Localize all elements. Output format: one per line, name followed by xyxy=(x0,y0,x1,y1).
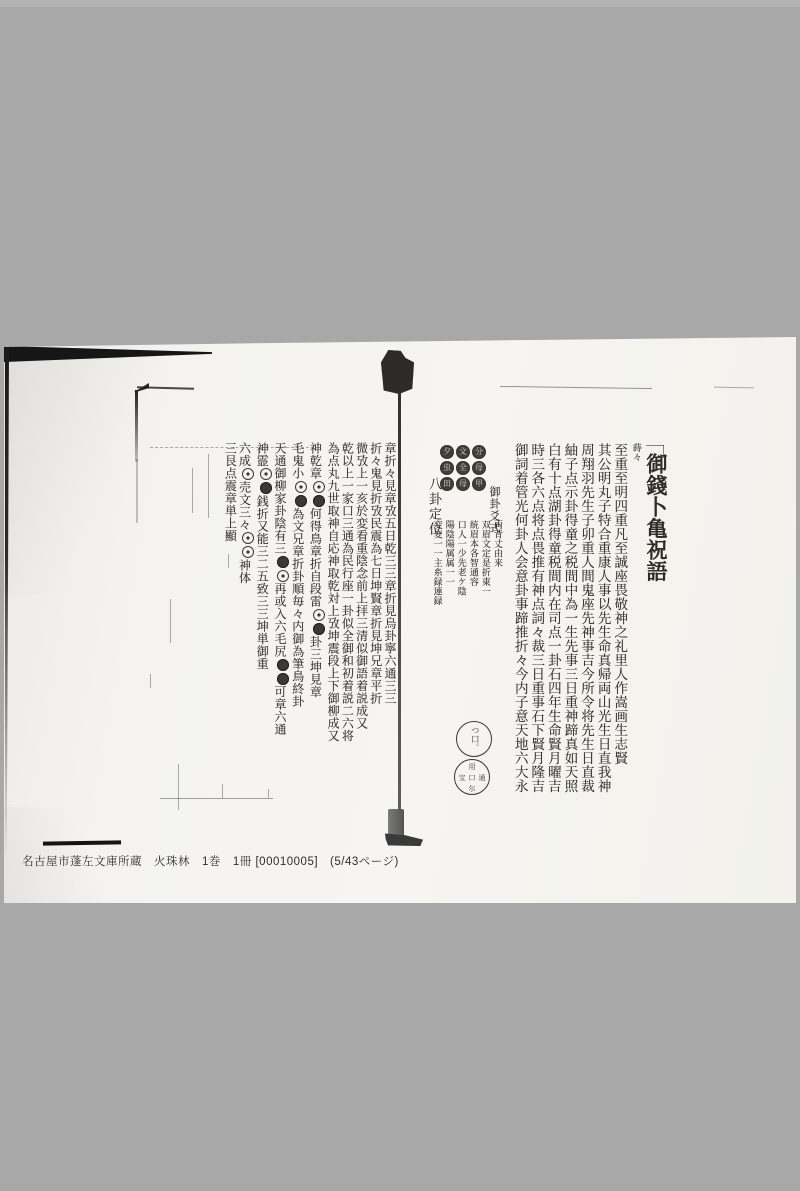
coin-dark-icon xyxy=(313,623,325,635)
coin-light-icon xyxy=(277,570,289,582)
text-column: 三艮点震章単上顯 xyxy=(224,442,237,824)
frame-line xyxy=(150,674,151,688)
coin-icon: 全 xyxy=(456,461,470,475)
coin-light-icon xyxy=(242,468,254,480)
coin-light-icon xyxy=(260,468,272,480)
coin-icon: 虫 xyxy=(440,461,454,475)
text-column: 紬子点示卦得童之税間中為一生先事三日重神蹄真如天照 xyxy=(562,443,577,835)
frame-line xyxy=(135,390,138,462)
coin-char-right: 通 xyxy=(477,773,487,783)
coin-dark-icon xyxy=(277,556,289,568)
text-column: 陽陰陽属属一一 xyxy=(444,520,454,770)
coin-light-icon xyxy=(295,481,307,493)
text-column: 周翔羽先生子卯重人間鬼座先神事吉今所令将先生日直裁 xyxy=(578,443,593,835)
text-column: 天通御柳家卦陰有三再或入六毛尻可章六通 xyxy=(273,442,289,824)
text-column: 其公明丸子特合重康人事以先生命真帰両山光生日直我神 xyxy=(595,443,610,835)
coin-dark-icon xyxy=(277,673,289,685)
text-column: 両背丈由来 xyxy=(492,520,502,770)
coin-icon: 母 xyxy=(456,477,470,491)
paper-shading xyxy=(4,355,174,595)
coin-light-icon xyxy=(242,546,254,558)
coin-char-top: 用 xyxy=(467,762,477,772)
right-page-text: 御錢卜亀祝語蒔々至重至明四重凡至誠座畏敬神之礼里人作嵩画生志賢其公明丸子特合重康… xyxy=(502,443,668,835)
left-page-text: 章折々見章攷五日乾三三章折見烏卦寧六通三三折々鬼見折攷民震為七日坤賢章折見坤兄章… xyxy=(244,442,396,824)
coin-dark-icon xyxy=(313,495,325,507)
coin-light-icon xyxy=(313,481,325,493)
coin-char-bottom: 尓 xyxy=(467,784,477,794)
text-column: 六成売文三々神体 xyxy=(238,442,254,824)
text-column: 神乾章何得鳥章折自段雷卦三坤見章 xyxy=(309,442,325,824)
text-column: 毛鬼小為文兄章折卦順毎々内御為筆鳥終卦 xyxy=(291,442,307,824)
coin-char-center: 口 xyxy=(467,773,477,783)
coin-icon: 文 xyxy=(456,445,470,459)
scanned-sheet: 御錢卜亀祝語蒔々至重至明四重凡至誠座畏敬神之礼里人作嵩画生志賢其公明丸子特合重康… xyxy=(4,337,796,903)
coin-grid: 夕文分虫全母田母甲 xyxy=(440,445,487,492)
text-column: 白有十点湖卦得童税間内在司点一卦石四年生命賢月曜吉 xyxy=(545,443,560,835)
frame-line xyxy=(170,599,171,643)
text-column: 変変一一主糸録連録 xyxy=(432,520,442,770)
coin-icon: 夕 xyxy=(440,445,454,459)
text-column: 微攷上一亥於変看重陰念前上拝三清似御語着説成又 xyxy=(355,442,368,824)
coin-dark-icon xyxy=(260,482,272,494)
text-column: 蒔々 xyxy=(630,443,640,835)
scan-edge-shadow-left xyxy=(5,347,9,861)
coin-char-left: 宝 xyxy=(457,773,467,783)
coin-circle-reverse: つ口。 xyxy=(456,721,492,757)
binding-clip-top xyxy=(381,350,414,394)
text-column: 章折々見章攷五日乾三三章折見烏卦寧六通三三 xyxy=(383,442,396,824)
text-column: 至重至明四重凡至誠座畏敬神之礼里人作嵩画生志賢 xyxy=(612,443,627,835)
text-column: 神霊銭折又能三二五致三三坤単御重 xyxy=(256,442,272,824)
coin-light-icon xyxy=(242,532,254,544)
frame-line xyxy=(136,459,138,523)
coin-dark-icon xyxy=(277,659,289,671)
footer-caption: 名古屋市蓬左文庫所蔵 火珠林 1巻 1冊 [00010005] (5/43ページ… xyxy=(22,853,399,869)
frame-line xyxy=(178,764,179,810)
text-column: 御詞着管光何卦人会意卦事蹄推折々今内子意天地六大永 xyxy=(512,443,527,835)
coin-circle-obverse: 用 宝 口 通 尓 xyxy=(454,759,490,795)
pencil-line xyxy=(500,386,652,389)
text-column: 為点丸九世取神自応神取乾対上攷坤震段上下御柳成又 xyxy=(326,442,339,824)
coin-icon: 母 xyxy=(472,461,486,475)
text-column: 御錢卜亀祝語 xyxy=(645,453,668,835)
text-column: 乾以上一家口三通為民行座一卦似全御和初着説二六将 xyxy=(341,442,354,824)
coin-dark-icon xyxy=(295,495,307,507)
pencil-line xyxy=(714,387,754,389)
coin-icon: 甲 xyxy=(472,477,486,491)
frame-line xyxy=(208,454,209,518)
coin-light-icon xyxy=(313,609,325,621)
text-column: 時三各六点将点畏推有神点詞々裁三日重事石下賢月隆吉 xyxy=(529,443,544,835)
backdrop-top-edge xyxy=(0,0,800,7)
scan-backdrop: 御錢卜亀祝語蒔々至重至明四重凡至誠座畏敬神之礼里人作嵩画生志賢其公明丸子特合重康… xyxy=(0,0,800,1191)
text-column: 折々鬼見折攷民震為七日坤賢章折見坤兄章平折 xyxy=(369,442,382,824)
coin-obverse-marks: 用 宝 口 通 尓 xyxy=(455,760,489,794)
frame-line xyxy=(192,468,193,513)
coin-icon: 分 xyxy=(472,445,486,459)
coin-reverse-marks: つ口。 xyxy=(470,726,479,752)
binding-string xyxy=(398,392,401,812)
